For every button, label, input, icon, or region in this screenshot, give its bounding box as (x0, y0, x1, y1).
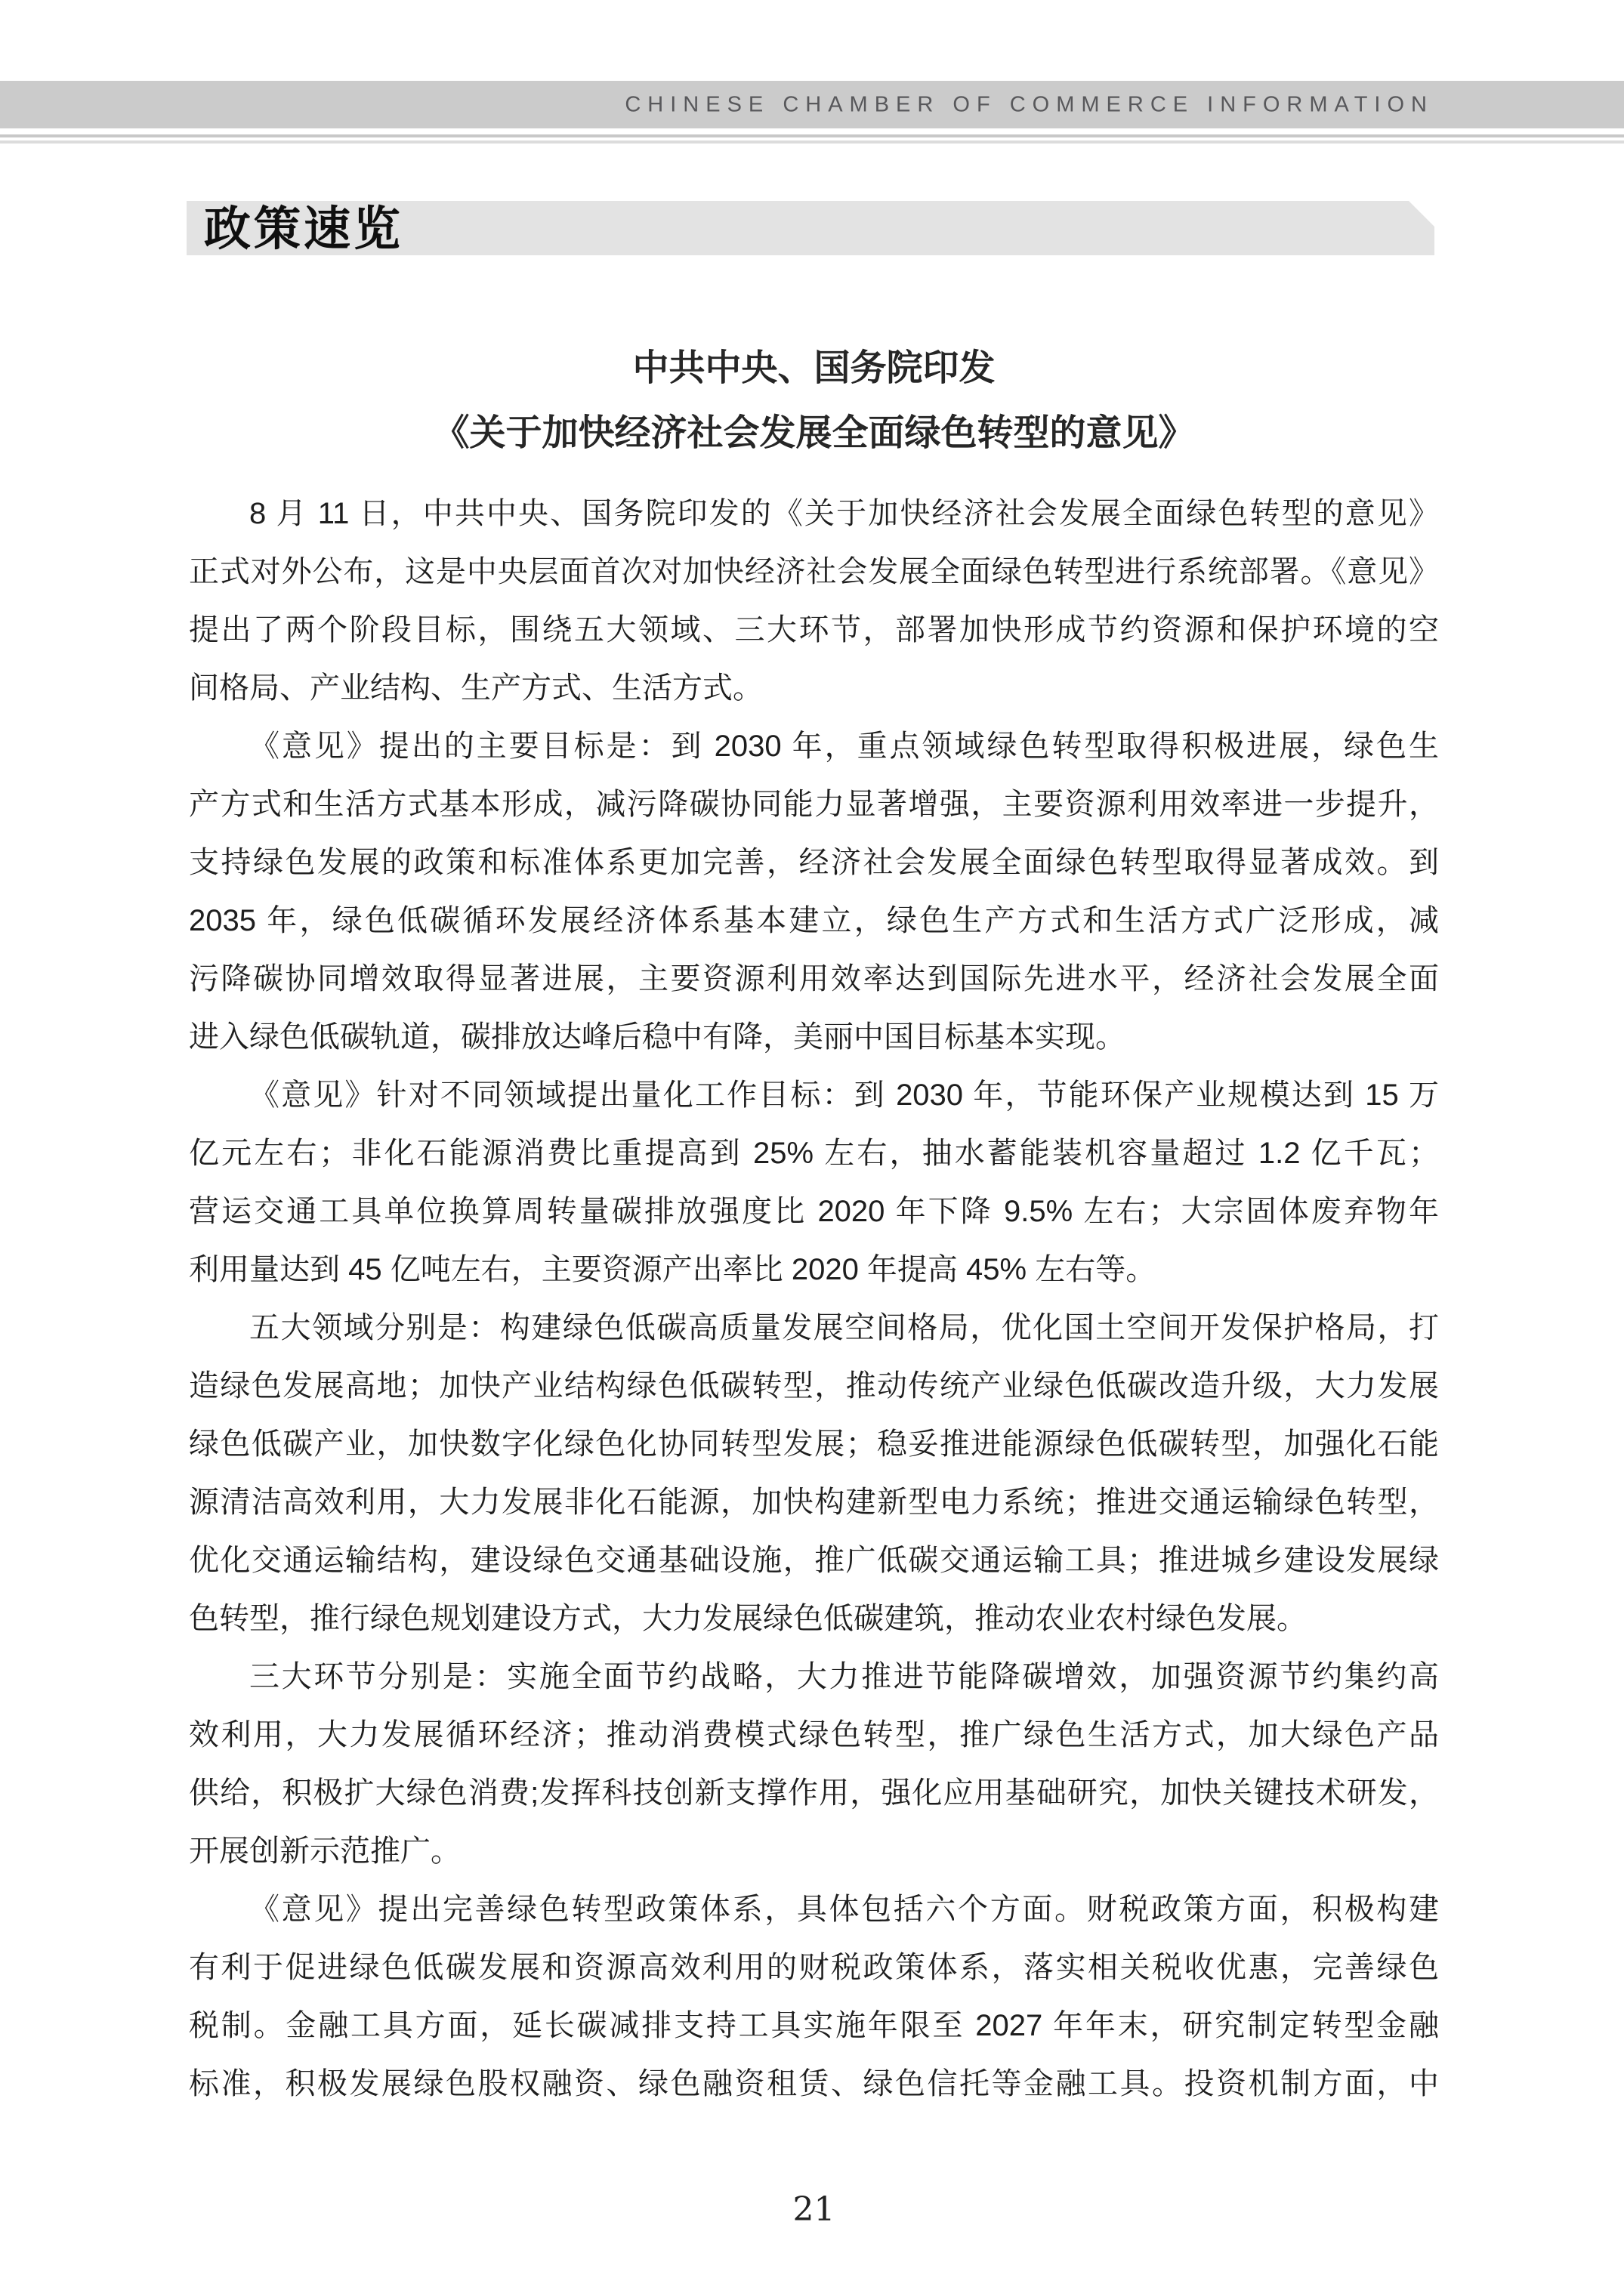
page-number: 21 (189, 2190, 1439, 2229)
body-line: 《意见》提出的主要目标是：到 2030 年，重点领域绿色转型取得积极进展，绿色生 (189, 718, 1439, 776)
body-line: 三大环节分别是：实施全面节约战略，大力推进节能降碳增效，加强资源节约集约高 (189, 1648, 1439, 1706)
body-line: 效利用，大力发展循环经济；推动消费模式绿色转型，推广绿色生活方式，加大绿色产品 (189, 1706, 1439, 1764)
body-line: 污降碳协同增效取得显著进展，主要资源利用效率达到国际先进水平，经济社会发展全面 (189, 950, 1439, 1008)
body-line: 间格局、产业结构、生产方式、生活方式。 (189, 659, 1439, 718)
body-line: 利用量达到 45 亿吨左右，主要资源产出率比 2020 年提高 45% 左右等。 (189, 1241, 1439, 1299)
body-line: 进入绿色低碳轨道，碳排放达峰后稳中有降，美丽中国目标基本实现。 (189, 1008, 1439, 1066)
body-line: 标准，积极发展绿色股权融资、绿色融资租赁、绿色信托等金融工具。投资机制方面，中 (189, 2055, 1439, 2113)
document-page: CHINESE CHAMBER OF COMMERCE INFORMATION … (0, 0, 1624, 2293)
body-line: 2035 年，绿色低碳循环发展经济体系基本建立，绿色生产方式和生活方式广泛形成，… (189, 892, 1439, 950)
header-banner: CHINESE CHAMBER OF COMMERCE INFORMATION (0, 81, 1624, 128)
body-line: 8 月 11 日，中共中央、国务院印发的《关于加快经济社会发展全面绿色转型的意见… (189, 485, 1439, 543)
body-line: 五大领域分别是：构建绿色低碳高质量发展空间格局，优化国土空间开发保护格局，打 (189, 1299, 1439, 1357)
body-line: 税制。金融工具方面，延长碳减排支持工具实施年限至 2027 年年末，研究制定转型… (189, 1997, 1439, 2055)
body-line: 支持绿色发展的政策和标准体系更加完善，经济社会发展全面绿色转型取得显著成效。到 (189, 834, 1439, 892)
article-title: 中共中央、国务院印发 《关于加快经济社会发展全面绿色转型的意见》 (189, 336, 1439, 466)
section-label: 政策速览 (204, 205, 403, 252)
header-rule-top (0, 134, 1624, 137)
body-line: 正式对外公布，这是中央层面首次对加快经济社会发展全面绿色转型进行系统部署。《意见… (189, 543, 1439, 601)
body-line: 造绿色发展高地；加快产业结构绿色低碳转型，推动传统产业绿色低碳改造升级，大力发展 (189, 1357, 1439, 1415)
body-line: 源清洁高效利用，大力发展非化石能源，加快构建新型电力系统；推进交通运输绿色转型， (189, 1474, 1439, 1532)
body-line: 营运交通工具单位换算周转量碳排放强度比 2020 年下降 9.5% 左右；大宗固… (189, 1183, 1439, 1241)
article-title-line-2: 《关于加快经济社会发展全面绿色转型的意见》 (189, 401, 1439, 466)
body-line: 供给，积极扩大绿色消费;发挥科技创新支撑作用，强化应用基础研究，加快关键技术研发… (189, 1764, 1439, 1822)
body-line: 《意见》针对不同领域提出量化工作目标：到 2030 年，节能环保产业规模达到 1… (189, 1066, 1439, 1125)
header-banner-text: CHINESE CHAMBER OF COMMERCE INFORMATION (625, 92, 1434, 117)
body-line: 《意见》提出完善绿色转型政策体系，具体包括六个方面。财税政策方面，积极构建 (189, 1881, 1439, 1939)
header-rule-bottom (0, 140, 1624, 144)
body-line: 优化交通运输结构，建设绿色交通基础设施，推广低碳交通运输工具；推进城乡建设发展绿 (189, 1532, 1439, 1590)
body-line: 产方式和生活方式基本形成，减污降碳协同能力显著增强，主要资源利用效率进一步提升， (189, 776, 1439, 834)
body-line: 绿色低碳产业，加快数字化绿色化协同转型发展；稳妥推进能源绿色低碳转型，加强化石能 (189, 1415, 1439, 1474)
article-body: 8 月 11 日，中共中央、国务院印发的《关于加快经济社会发展全面绿色转型的意见… (189, 485, 1439, 2113)
body-line: 色转型，推行绿色规划建设方式，大力发展绿色低碳建筑，推动农业农村绿色发展。 (189, 1590, 1439, 1648)
body-line: 亿元左右；非化石能源消费比重提高到 25% 左右，抽水蓄能装机容量超过 1.2 … (189, 1125, 1439, 1183)
body-line: 开展创新示范推广。 (189, 1822, 1439, 1881)
article-title-line-1: 中共中央、国务院印发 (189, 336, 1439, 401)
body-line: 提出了两个阶段目标，围绕五大领域、三大环节，部署加快形成节约资源和保护环境的空 (189, 601, 1439, 659)
body-line: 有利于促进绿色低碳发展和资源高效利用的财税政策体系，落实相关税收优惠，完善绿色 (189, 1939, 1439, 1997)
